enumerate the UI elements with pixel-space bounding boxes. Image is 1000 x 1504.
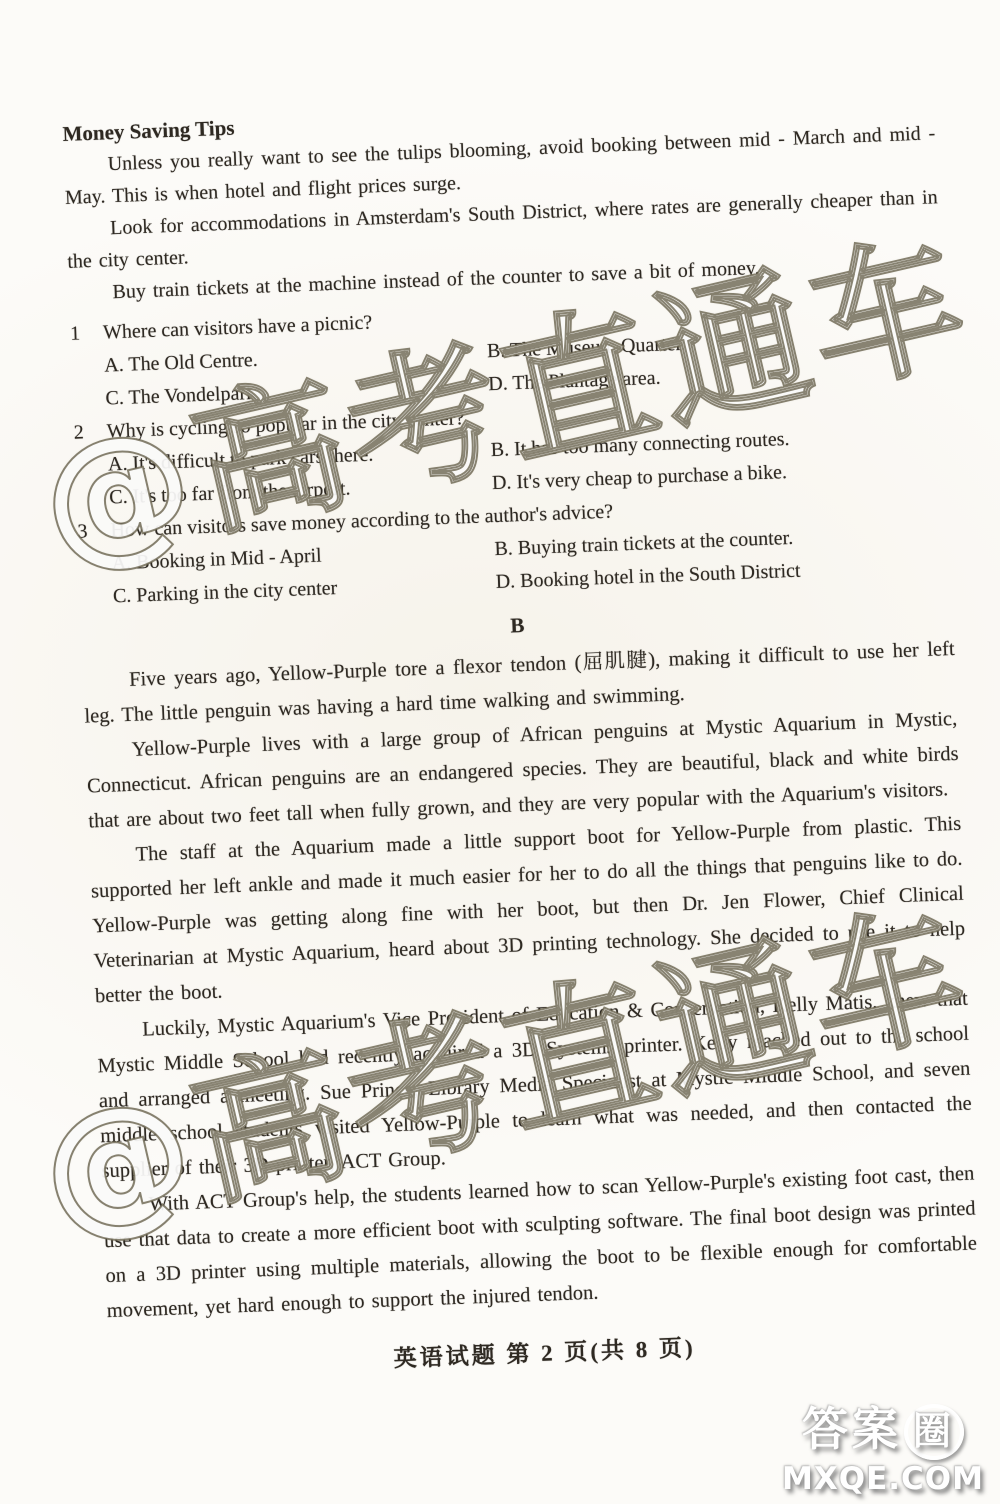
question-number: 1: [70, 317, 104, 351]
answer-circle-logo: 答案圈 MXQE.COM: [782, 1399, 984, 1497]
exam-scan-page: Money Saving Tips Unless you really want…: [0, 0, 1000, 1504]
logo-chinese-prefix: 答案: [802, 1402, 902, 1456]
page-footer: 英语试题 第 2 页(共 8 页): [108, 1318, 981, 1384]
logo-site-url: MXQE.COM: [782, 1462, 984, 1496]
logo-chinese-text: 答案圈: [782, 1399, 984, 1461]
logo-circled-character: 圈: [904, 1404, 964, 1460]
